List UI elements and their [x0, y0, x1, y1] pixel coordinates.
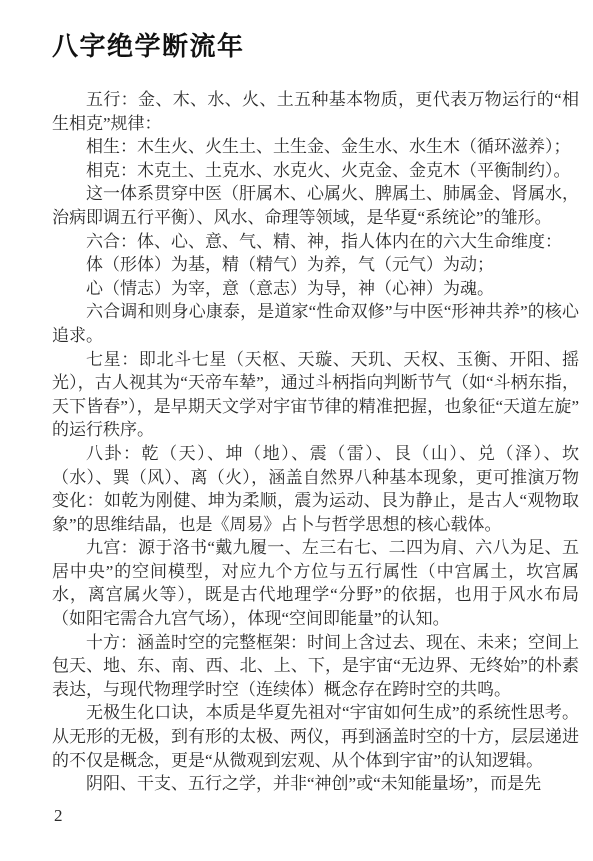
paragraph-jiugong: 九宫：源于洛书“戴九履一、左三右七、二四为肩、六八为足、五居中央”的空间模型，对… [52, 536, 579, 630]
paragraph-ti-jing-qi: 体（形体）为基，精（精气）为养，气（元气）为动； [52, 253, 579, 277]
paragraph-xin-yi-shen: 心（情志）为宰，意（意志）为导，神（心神）为魂。 [52, 277, 579, 301]
paragraph-tixi: 这一体系贯穿中医（肝属木、心属火、脾属土、肺属金、肾属水，治病即调五行平衡）、风… [52, 182, 579, 229]
paragraph-bagua: 八卦：乾（天）、坤（地）、震（雷）、艮（山）、兑（泽）、坎（水）、巽（风）、离（… [52, 442, 579, 536]
paragraph-liuhe-tiaohe: 六合调和则身心康泰，是道家“性命双修”与中医“形神共养”的核心追求。 [52, 300, 579, 347]
paragraph-xiangsheng: 相生：木生火、火生土、土生金、金生水、水生木（循环滋养）； [52, 135, 579, 159]
paragraph-qixing: 七星：即北斗七星（天枢、天璇、天玑、天权、玉衡、开阳、摇光），古人视其为“天帝车… [52, 348, 579, 442]
page-title: 八字绝学断流年 [52, 30, 245, 64]
paragraph-wuxing: 五行：金、木、水、火、土五种基本物质，更代表万物运行的“相生相克”规律： [52, 88, 579, 135]
text-block: 五行：金、木、水、火、土五种基本物质，更代表万物运行的“相生相克”规律： 相生：… [52, 88, 579, 796]
paragraph-xiangke: 相克：木克土、土克水、水克火、火克金、金克木（平衡制约）。 [52, 159, 579, 183]
paragraph-shifang: 十方：涵盖时空的完整框架：时间上含过去、现在、未来；空间上包天、地、东、南、西、… [52, 631, 579, 702]
page: 八字绝学断流年 五行：金、木、水、火、土五种基本物质，更代表万物运行的“相生相克… [0, 0, 593, 861]
paragraph-wuji-shenghua: 无极生化口诀，本质是华夏先祖对“宇宙如何生成”的系统性思考。从无形的无极，到有形… [52, 701, 579, 772]
paragraph-yinyang-ganzhi: 阴阳、干支、五行之学，并非“神创”或“未知能量场”，而是先 [52, 772, 579, 796]
paragraph-liuhe: 六合：体、心、意、气、精、神，指人体内在的六大生命维度： [52, 230, 579, 254]
page-number: 2 [54, 804, 63, 828]
